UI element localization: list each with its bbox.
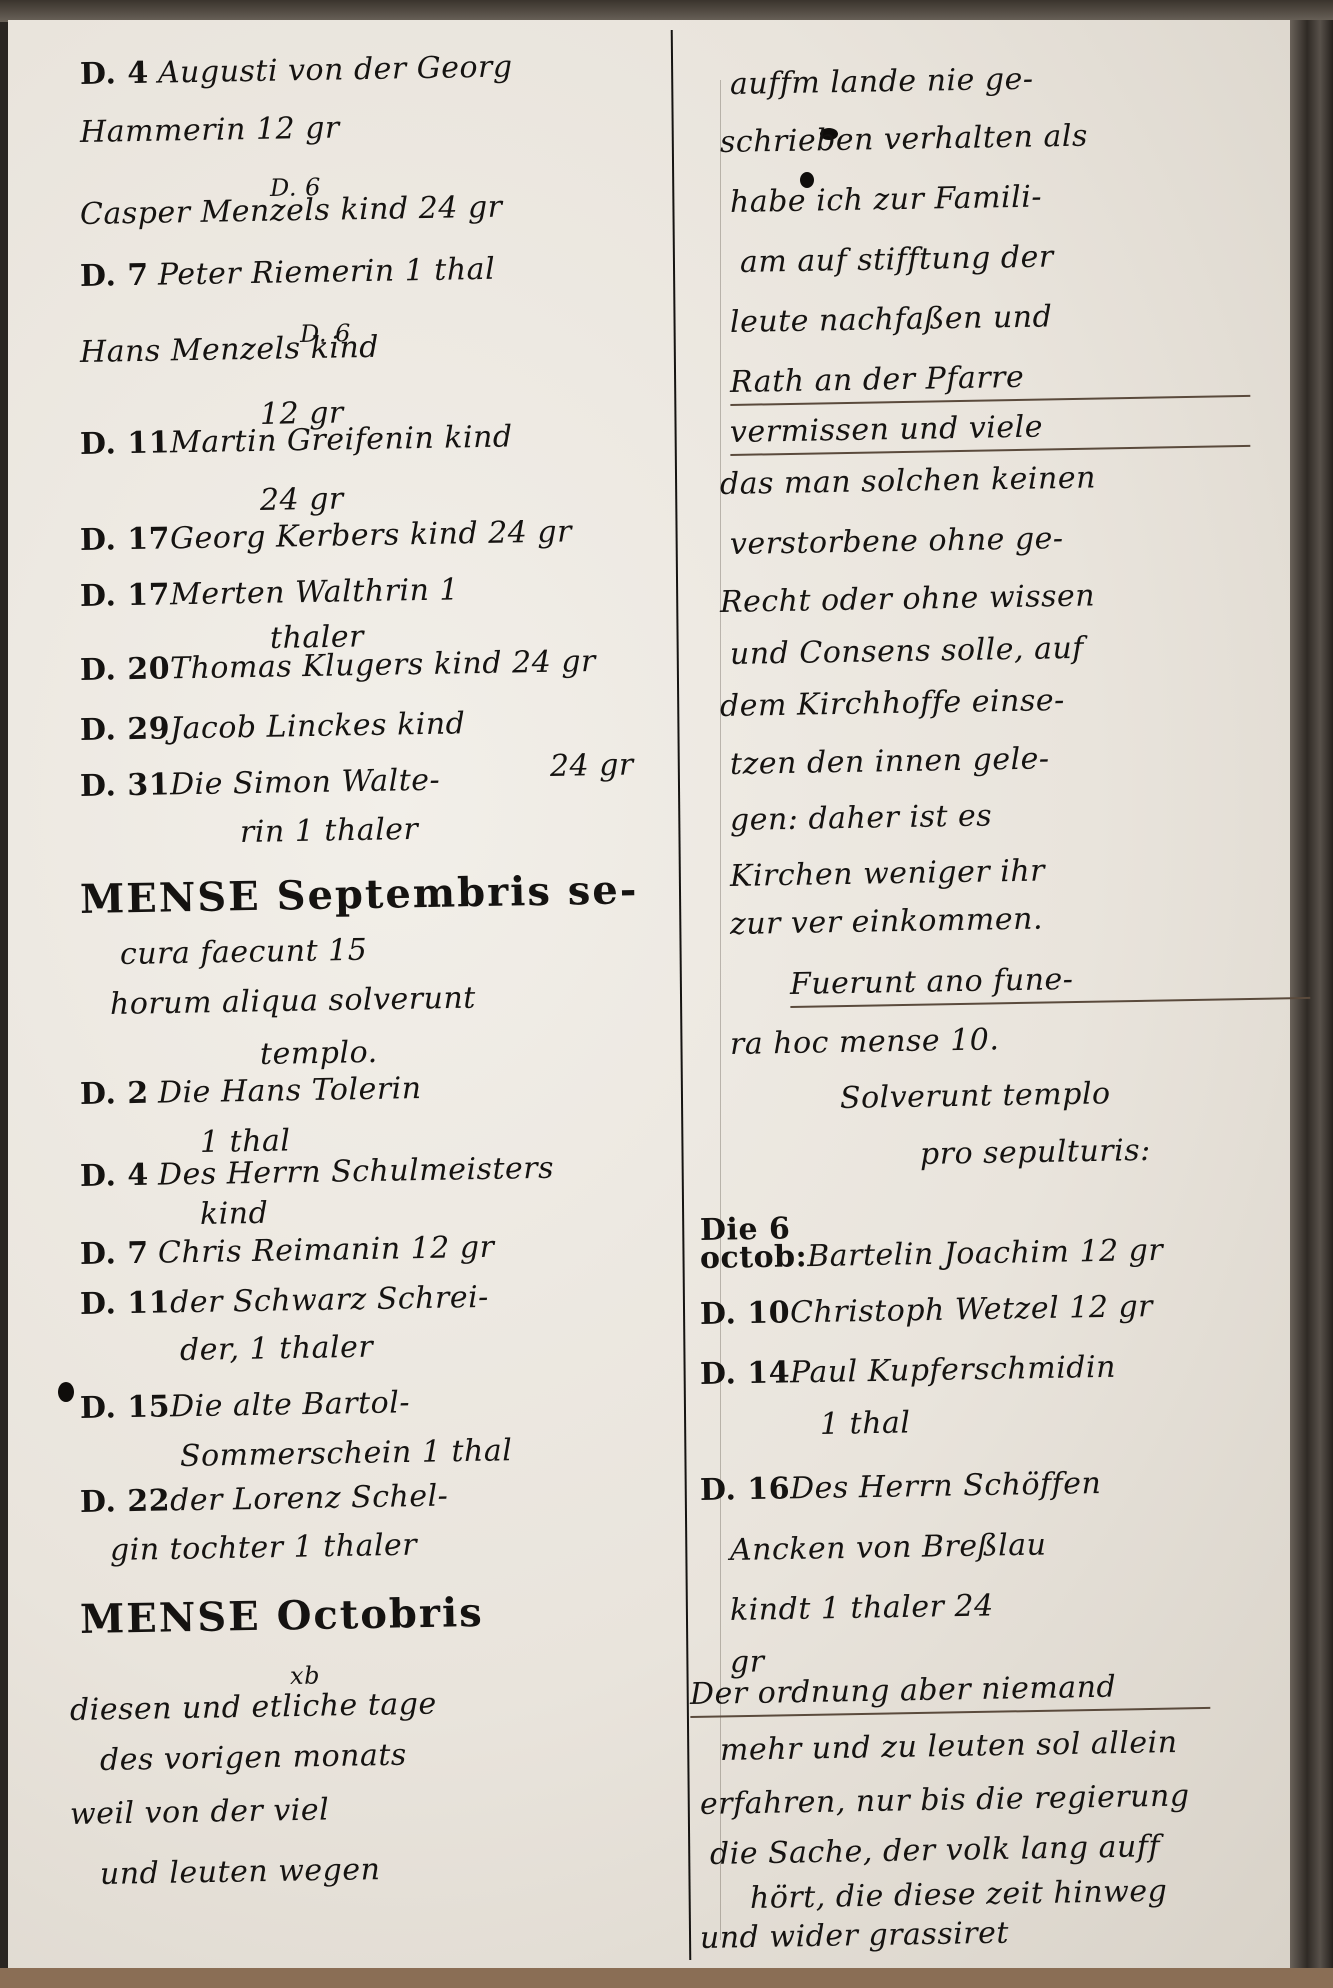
entry-text: verstorbene ohne ge- (730, 521, 1064, 562)
entry-text: templo. (260, 1035, 378, 1072)
entry-continuation: vermissen und viele (730, 413, 1043, 448)
entry-continuation: und wider grassiret (700, 1919, 1009, 1954)
entry-continuation: Hans Menzels kind (80, 333, 379, 368)
entry-date: D. 7 (80, 261, 159, 292)
entry-text: Die alte Bartol- (170, 1385, 410, 1424)
register-entry: D. 20Thomas Klugers kind 24 gr (80, 647, 596, 686)
entry-date: D. 22 (80, 1486, 171, 1518)
entry-continuation: pro sepulturis: (920, 1136, 1151, 1170)
entry-text: Chris Reimanin 12 gr (158, 1230, 495, 1271)
heading-text: MENSE Septembris se- (80, 866, 639, 923)
entry-continuation: gr (730, 1647, 765, 1678)
entry-continuation: ra hoc mense 10. (730, 1025, 1000, 1060)
entry-continuation: kindt 1 thaler 24 (730, 1591, 994, 1626)
entry-text: am auf stifftung der (740, 240, 1054, 280)
register-entry: D. 14Paul Kupferschmidin (700, 1353, 1116, 1390)
entry-text: Martin Greifenin kind (170, 419, 513, 460)
entry-continuation: und leuten wegen (100, 1855, 381, 1890)
register-entry: D. 15Die alte Bartol- (80, 1388, 410, 1424)
entry-continuation: 1 thal (820, 1408, 911, 1440)
entry-text: horum aliqua solverunt (110, 981, 476, 1022)
register-entry: D. 31Die Simon Walte- (80, 766, 441, 802)
entry-text: Casper Menzels kind 24 gr (80, 190, 503, 232)
entry-text: 1 thal (820, 1405, 911, 1442)
entry-continuation: mehr und zu leuten sol allein (720, 1728, 1178, 1766)
entry-text: Jacob Linckes kind (170, 706, 466, 746)
entry-continuation: die Sache, der volk lang auff (710, 1832, 1161, 1870)
entry-text: hört, die diese zeit hinweg (750, 1874, 1168, 1916)
entry-continuation: rin 1 thaler (240, 815, 419, 848)
entry-text: Der ordnung aber niemand (690, 1670, 1117, 1712)
entry-continuation: Casper Menzels kind 24 gr (80, 193, 503, 230)
entry-continuation: des vorigen monats (100, 1741, 407, 1776)
register-entry: D. 10Christoph Wetzel 12 gr (700, 1292, 1153, 1330)
entry-date: D. 11 (80, 428, 171, 460)
entry-continuation: gen: daher ist es (730, 801, 993, 836)
entry-text: vermissen und viele (730, 410, 1044, 450)
entry-text: und leuten wegen (100, 1852, 381, 1892)
table-surface (0, 1968, 1333, 1988)
entry-text: pro sepulturis: (920, 1133, 1151, 1172)
entry-text: Kirchen weniger ihr (730, 854, 1046, 894)
entry-continuation: tzen den innen gele- (730, 744, 1050, 780)
register-entry: D. 29Jacob Linckes kind (80, 709, 466, 746)
entry-date: D. 4 (80, 1161, 159, 1192)
entry-continuation: zur ver einkommen. (730, 905, 1043, 940)
entry-text: Paul Kupferschmidin (790, 1350, 1116, 1391)
entry-date: D. 14 (700, 1358, 791, 1390)
entry-continuation: horum aliqua solverunt (110, 984, 476, 1020)
entry-continuation: xb (290, 1659, 320, 1690)
entry-continuation: diesen und etliche tage (70, 1690, 437, 1726)
entry-continuation: Rath an der Pfarre (730, 363, 1025, 398)
entry-text: schrieben verhalten als (720, 119, 1088, 160)
entry-continuation: habe ich zur Famili- (730, 183, 1042, 218)
entry-date: D. 7 (80, 1239, 159, 1270)
entry-text: kindt 1 thaler 24 (730, 1588, 994, 1628)
entry-date: D. 2 (80, 1079, 159, 1110)
register-entry: D. 17Georg Kerbers kind 24 gr (80, 517, 572, 556)
entry-date: D. 10 (700, 1298, 791, 1330)
entry-text: Die Hans Tolerin (158, 1071, 422, 1111)
heading-text: MENSE Octobris (80, 1589, 485, 1643)
entry-text: Augusti von der Georg (158, 49, 513, 90)
entry-date: D. 31 (80, 770, 171, 802)
entry-text: diesen und etliche tage (70, 1687, 437, 1728)
entry-continuation: 1 thal (200, 1126, 291, 1158)
entry-continuation: kind (200, 1199, 269, 1230)
entry-text: Solverunt templo (840, 1076, 1111, 1116)
register-entry: D. 2Die Hans Tolerin (80, 1074, 422, 1110)
register-entry: D. 11der Schwarz Schrei- (80, 1283, 489, 1320)
entry-text: und wider grassiret (700, 1916, 1010, 1956)
entry-continuation: Der ordnung aber niemand (690, 1673, 1117, 1710)
register-entry: D. 4Augusti von der Georg (80, 52, 513, 90)
entry-date: D. 20 (80, 654, 171, 686)
entry-date: D. 29 (80, 714, 171, 746)
entry-text: Des Herrn Schulmeisters (158, 1151, 555, 1193)
entry-text: das man solchen keinen (720, 460, 1096, 502)
entry-date: D. 4 (80, 59, 159, 90)
entry-continuation: Sommerschein 1 thal (180, 1436, 513, 1472)
entry-date: D. 17 (80, 524, 171, 556)
entry-text: weil von der viel (70, 1792, 330, 1832)
ink-blot (58, 1382, 74, 1402)
entry-continuation: das man solchen keinen (720, 463, 1096, 500)
entry-continuation: Kirchen weniger ihr (730, 857, 1046, 892)
entry-continuation: der, 1 thaler (180, 1333, 374, 1366)
entry-text: tzen den innen gele- (730, 741, 1050, 782)
entry-text: Die Simon Walte- (170, 763, 441, 803)
entry-text: zur ver einkommen. (730, 902, 1044, 942)
entry-text: und Consens solle, auf (730, 631, 1084, 672)
entry-date: D. 11 (80, 1288, 171, 1320)
entry-text: gr (730, 1644, 765, 1680)
faint-ruling-line (720, 80, 721, 1940)
month-heading: MENSE Septembris se- (80, 870, 639, 920)
manuscript-scan: D. 4Augusti von der GeorgHammerin 12 grD… (0, 0, 1333, 1988)
entry-continuation: und Consens solle, auf (730, 634, 1084, 670)
marginal-note: xb (290, 1661, 320, 1690)
entry-text: der Lorenz Schel- (170, 1479, 449, 1519)
entry-text: 24 gr (260, 482, 344, 518)
entry-continuation: cura faecunt 15 (120, 936, 368, 970)
entry-text: dem Kirchhoffe einse- (720, 683, 1065, 724)
month-heading: MENSE Octobris (80, 1593, 484, 1640)
entry-text: Hans Menzels kind (80, 330, 380, 370)
entry-date: D. 17 (80, 580, 171, 612)
entry-continuation: Recht oder ohne wissen (720, 581, 1096, 618)
entry-text: Sommerschein 1 thal (180, 1433, 513, 1474)
book-fore-edge (1290, 20, 1333, 1968)
register-entry: D. 17Merten Walthrin 1 (80, 575, 460, 612)
entry-continuation: Fuerunt ano fune- (790, 965, 1074, 1000)
entry-text: Rath an der Pfarre (730, 360, 1025, 400)
register-entry: D. 22der Lorenz Schel- (80, 1482, 449, 1518)
entry-text: habe ich zur Famili- (730, 180, 1043, 220)
entry-text: Hammerin 12 gr (80, 110, 340, 150)
register-entry: D. 7Chris Reimanin 12 gr (80, 1233, 495, 1270)
entry-continuation: Ancken von Breßlau (730, 1530, 1047, 1566)
entry-text: leute nachfaßen und (730, 299, 1053, 340)
entry-continuation: Hammerin 12 gr (80, 113, 340, 148)
entry-continuation: templo. (260, 1038, 378, 1070)
entry-text: der Schwarz Schrei- (170, 1280, 489, 1321)
entry-text: gin tochter 1 thaler (110, 1528, 418, 1568)
register-entry: D. 7Peter Riemerin 1 thal (80, 255, 496, 292)
entry-continuation: dem Kirchhoffe einse- (720, 686, 1065, 722)
entry-text: der, 1 thaler (180, 1330, 374, 1368)
entry-text: Merten Walthrin 1 (170, 572, 460, 612)
entry-continuation: 24 gr (260, 485, 344, 516)
entry-text: Recht oder ohne wissen (720, 578, 1096, 620)
entry-text: Thomas Klugers kind 24 gr (170, 644, 596, 686)
entry-text: Georg Kerbers kind 24 gr (170, 514, 572, 556)
entry-text: rin 1 thaler (240, 812, 419, 850)
entry-continuation: weil von der viel (70, 1795, 330, 1830)
register-entry: D. 16Des Herrn Schöffen (700, 1469, 1102, 1506)
entry-text: gen: daher ist es (730, 798, 993, 838)
entry-date: D. 16 (700, 1474, 791, 1506)
entry-text: Christoph Wetzel 12 gr (790, 1289, 1153, 1330)
entry-continuation: erfahren, nur bis die regierung (700, 1781, 1190, 1820)
register-entry: D. 11Martin Greifenin kind (80, 422, 513, 460)
entry-text: kind (200, 1196, 269, 1232)
entry-text: auffm lande nie ge- (730, 62, 1034, 102)
entry-date: octob: (700, 1242, 808, 1274)
entry-continuation: leute nachfaßen und (730, 302, 1053, 338)
entry-text: Ancken von Breßlau (730, 1527, 1047, 1568)
entry-continuation: schrieben verhalten als (720, 122, 1088, 158)
entry-continuation: gin tochter 1 thaler (110, 1531, 418, 1566)
entry-text: Peter Riemerin 1 thal (158, 252, 496, 293)
entry-continuation: hört, die diese zeit hinweg (750, 1877, 1168, 1914)
entry-text: 1 thal (200, 1123, 291, 1160)
entry-date: D. 15 (80, 1392, 171, 1424)
entry-continuation: 24 gr (550, 751, 634, 782)
entry-text: 24 gr (550, 748, 634, 784)
binding-top-edge (0, 0, 1333, 22)
entry-continuation: verstorbene ohne ge- (730, 524, 1064, 560)
entry-text: ra hoc mense 10. (730, 1022, 1000, 1062)
entry-text: des vorigen monats (100, 1738, 407, 1778)
entry-continuation: am auf stifftung der (740, 243, 1054, 278)
entry-text: cura faecunt 15 (120, 933, 368, 972)
entry-text: Des Herrn Schöffen (790, 1466, 1102, 1506)
entry-text: Fuerunt ano fune- (790, 962, 1074, 1002)
entry-text: Bartelin Joachim 12 gr (807, 1233, 1164, 1274)
register-entry: octob:Bartelin Joachim 12 gr (700, 1236, 1164, 1274)
entry-continuation: Solverunt templo (840, 1079, 1111, 1114)
entry-continuation: auffm lande nie ge- (730, 65, 1034, 100)
